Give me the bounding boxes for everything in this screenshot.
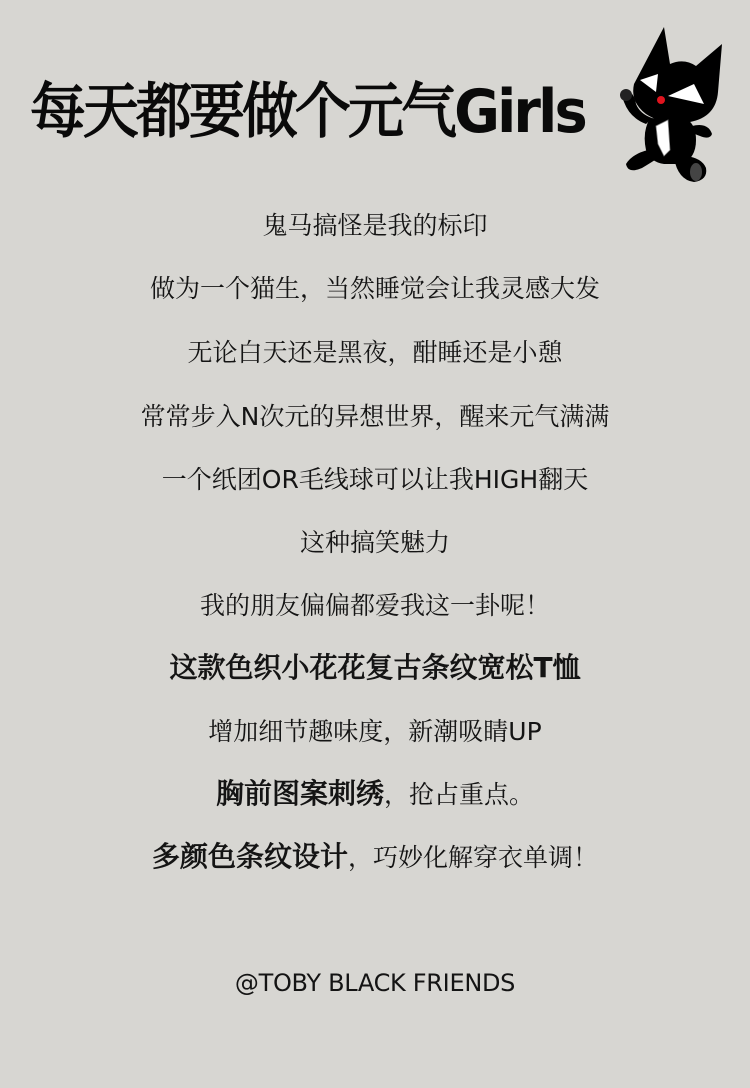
feature-highlight: 胸前图案刺绣 (216, 777, 384, 810)
description-line: 一个纸团OR毛线球可以让我HIGH翻天 (0, 463, 750, 497)
feature-text: ，巧妙化解穿衣单调！ (348, 843, 598, 872)
product-headline: 这款色织小花花复古条纹宽松T恤 (0, 651, 750, 685)
feature-text: ，抢占重点。 (384, 780, 534, 809)
brand-credit: @TOBY BLACK FRIENDS (0, 966, 750, 1000)
description-line: 增加细节趣味度，新潮吸睛UP (0, 715, 750, 749)
feature-line-stripes: 多颜色条纹设计，巧妙化解穿衣单调！ (0, 840, 750, 875)
description-line: 无论白天还是黑夜，酣睡还是小憩 (0, 336, 750, 370)
description-line: 我的朋友偏偏都爱我这一卦呢！ (0, 589, 750, 623)
description-line: 这种搞笑魅力 (0, 526, 750, 560)
description-line: 鬼马搞怪是我的标印 (0, 209, 750, 243)
description-line: 常常步入N次元的异想世界，醒来元气满满 (0, 400, 750, 434)
description-line: 做为一个猫生，当然睡觉会让我灵感大发 (0, 272, 750, 306)
black-cat-mascot-icon (612, 22, 742, 187)
feature-line-embroidery: 胸前图案刺绣，抢占重点。 (0, 777, 750, 812)
feature-highlight: 多颜色条纹设计 (152, 840, 348, 873)
page-title: 每天都要做个元气Girls (30, 72, 585, 152)
